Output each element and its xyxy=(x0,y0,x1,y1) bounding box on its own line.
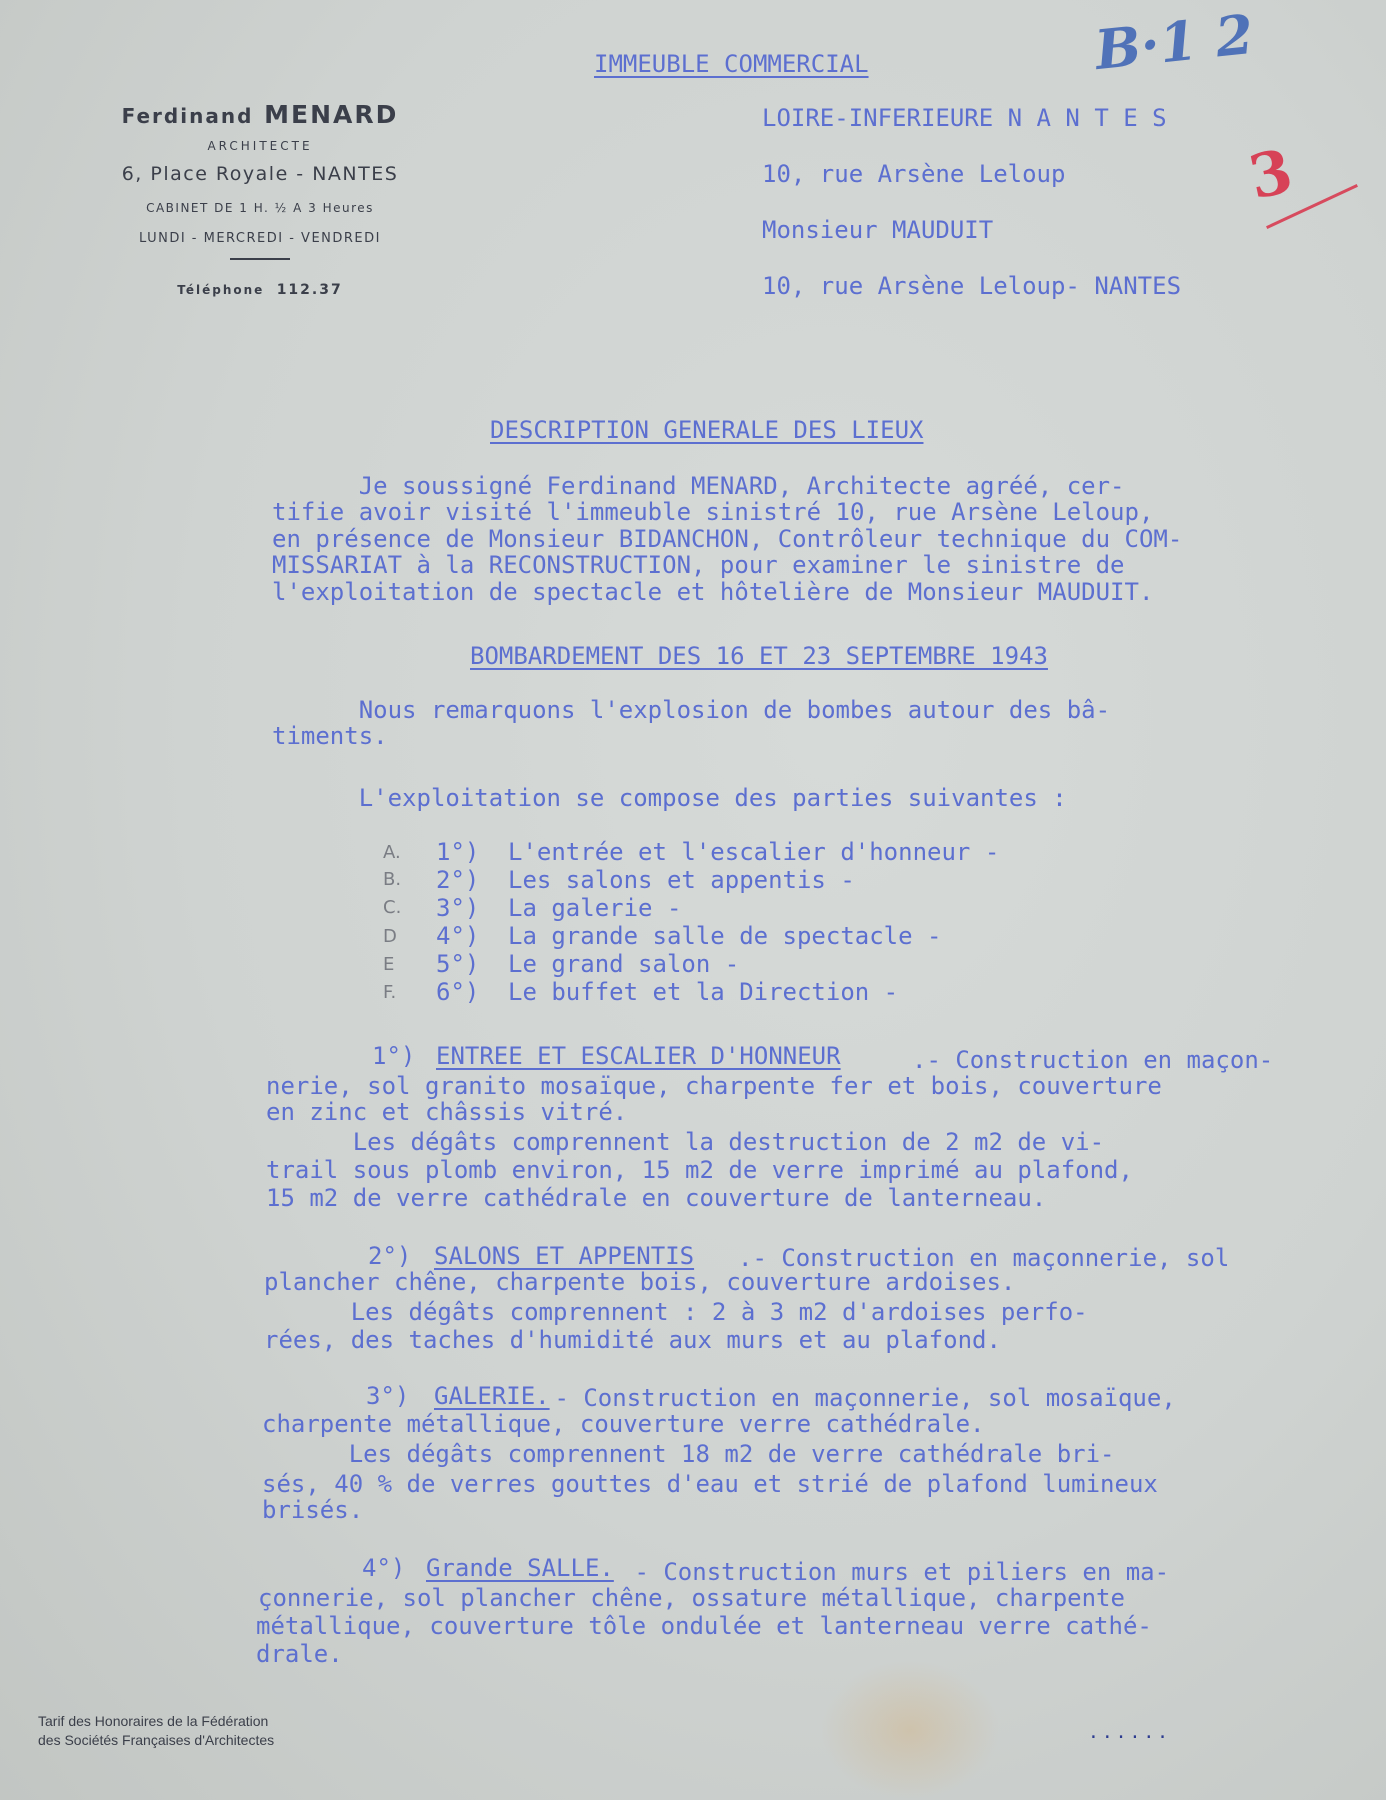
architect-name: Ferdinand MENARD xyxy=(70,100,450,129)
section-text: drale. xyxy=(256,1642,343,1666)
phone-label: Téléphone xyxy=(177,283,264,297)
part-number: 1°) xyxy=(436,840,479,864)
intro-line: tifie avoir visité l'immeuble sinistré 1… xyxy=(272,500,1153,524)
footer-line: des Sociétés Françaises d'Architectes xyxy=(38,1731,274,1750)
section-text: - Construction murs et piliers en ma- xyxy=(620,1560,1169,1584)
bombing-title: BOMBARDEMENT DES 16 ET 23 SEPTEMBRE 1943 xyxy=(470,644,1048,668)
architect-first-name: Ferdinand xyxy=(122,104,254,128)
architect-title: ARCHITECTE xyxy=(70,139,450,153)
phone-number: 112.37 xyxy=(277,282,343,298)
section-heading: GALERIE. xyxy=(434,1384,550,1408)
section-text: 15 m2 de verre cathédrale en couverture … xyxy=(266,1186,1046,1210)
office-hours: CABINET DE 1 H. ½ A 3 Heures xyxy=(70,201,450,215)
section-title: DESCRIPTION GENERALE DES LIEUX xyxy=(490,418,923,442)
composition-intro: L'exploitation se compose des parties su… xyxy=(272,786,1067,810)
section-number: 2°) xyxy=(368,1244,411,1268)
bombing-line: timents. xyxy=(272,724,388,748)
letterhead-divider xyxy=(230,258,290,260)
intro-line: l'exploitation de spectacle et hôtelière… xyxy=(272,580,1153,604)
section-text: plancher chêne, charpente bois, couvertu… xyxy=(264,1270,1015,1294)
intro-line: Je soussigné Ferdinand MENARD, Architect… xyxy=(272,474,1125,498)
part-margin-letter: C. xyxy=(383,897,401,918)
phone: Téléphone 112.37 xyxy=(70,282,450,298)
footer-note: Tarif des Honoraires de la Fédération de… xyxy=(38,1712,274,1750)
section-text: sés, 40 % de verres gouttes d'eau et str… xyxy=(262,1472,1158,1496)
part-number: 4°) xyxy=(436,924,479,948)
section-text: Les dégâts comprennent 18 m2 de verre ca… xyxy=(262,1442,1115,1466)
part-number: 3°) xyxy=(436,896,479,920)
section-text: métallique, couverture tôle ondulée et l… xyxy=(256,1614,1152,1638)
architect-last-name: MENARD xyxy=(264,100,398,129)
bombing-line: Nous remarquons l'explosion de bombes au… xyxy=(272,698,1110,722)
section-text: en zinc et châssis vitré. xyxy=(266,1100,627,1124)
office-days: LUNDI - MERCREDI - VENDREDI xyxy=(70,231,450,246)
section-text: .- Construction en maçon- xyxy=(912,1048,1273,1072)
section-heading: ENTREE ET ESCALIER D'HONNEUR xyxy=(436,1044,841,1068)
section-text: nerie, sol granito mosaïque, charpente f… xyxy=(266,1074,1162,1098)
building-type: IMMEUBLE COMMERCIAL xyxy=(594,52,869,76)
part-margin-letter: A. xyxy=(383,842,401,863)
region: LOIRE-INFERIEURE N A N T E S xyxy=(762,106,1167,130)
part-margin-letter: B. xyxy=(383,869,401,890)
section-text: trail sous plomb environ, 15 m2 de verre… xyxy=(266,1158,1133,1182)
section-text: charpente métallique, couverture verre c… xyxy=(262,1412,984,1436)
part-margin-letter: D xyxy=(383,926,397,947)
section-heading: SALONS ET APPENTIS xyxy=(434,1244,694,1268)
part-label: L'entrée et l'escalier d'honneur - xyxy=(508,840,999,864)
part-margin-letter: E xyxy=(383,954,394,975)
footer-line: Tarif des Honoraires de la Fédération xyxy=(38,1712,274,1731)
part-number: 2°) xyxy=(436,868,479,892)
section-heading: Grande SALLE. xyxy=(426,1556,614,1580)
section-text: - Construction en maçonnerie, sol mosaïq… xyxy=(540,1386,1176,1410)
section-text: rées, des taches d'humidité aux murs et … xyxy=(264,1328,1001,1352)
section-text: .- Construction en maçonnerie, sol xyxy=(738,1246,1229,1270)
part-label: Les salons et appentis - xyxy=(508,868,855,892)
part-label: Le grand salon - xyxy=(508,952,739,976)
blue-pencil-mark: B·1 2 xyxy=(1092,2,1256,82)
section-text: çonnerie, sol plancher chêne, ossature m… xyxy=(258,1586,1125,1610)
part-label: La galerie - xyxy=(508,896,681,920)
section-number: 3°) xyxy=(366,1384,409,1408)
continuation-dots: ...... xyxy=(1088,1722,1171,1743)
owner: Monsieur MAUDUIT xyxy=(762,218,993,242)
architect-address: 6, Place Royale - NANTES xyxy=(70,163,450,185)
paper-stain xyxy=(820,1660,1000,1800)
intro-line: MISSARIAT à la RECONSTRUCTION, pour exam… xyxy=(272,553,1125,577)
section-text: Les dégâts comprennent : 2 à 3 m2 d'ardo… xyxy=(264,1300,1088,1324)
part-margin-letter: F. xyxy=(383,982,396,1003)
section-number: 1°) xyxy=(372,1044,415,1068)
section-number: 4°) xyxy=(362,1556,405,1580)
intro-line: en présence de Monsieur BIDANCHON, Contr… xyxy=(272,527,1182,551)
document-page: Ferdinand MENARD ARCHITECTE 6, Place Roy… xyxy=(0,0,1386,1800)
owner-address: 10, rue Arsène Leloup- NANTES xyxy=(762,274,1181,298)
part-number: 6°) xyxy=(436,980,479,1004)
part-label: Le buffet et la Direction - xyxy=(508,980,898,1004)
part-number: 5°) xyxy=(436,952,479,976)
site-address: 10, rue Arsène Leloup xyxy=(762,162,1065,186)
section-text: brisés. xyxy=(262,1498,363,1522)
red-pencil-mark: 3 xyxy=(1243,136,1298,213)
letterhead: Ferdinand MENARD ARCHITECTE 6, Place Roy… xyxy=(70,100,450,298)
part-label: La grande salle de spectacle - xyxy=(508,924,941,948)
section-text: Les dégâts comprennent la destruction de… xyxy=(266,1130,1104,1154)
